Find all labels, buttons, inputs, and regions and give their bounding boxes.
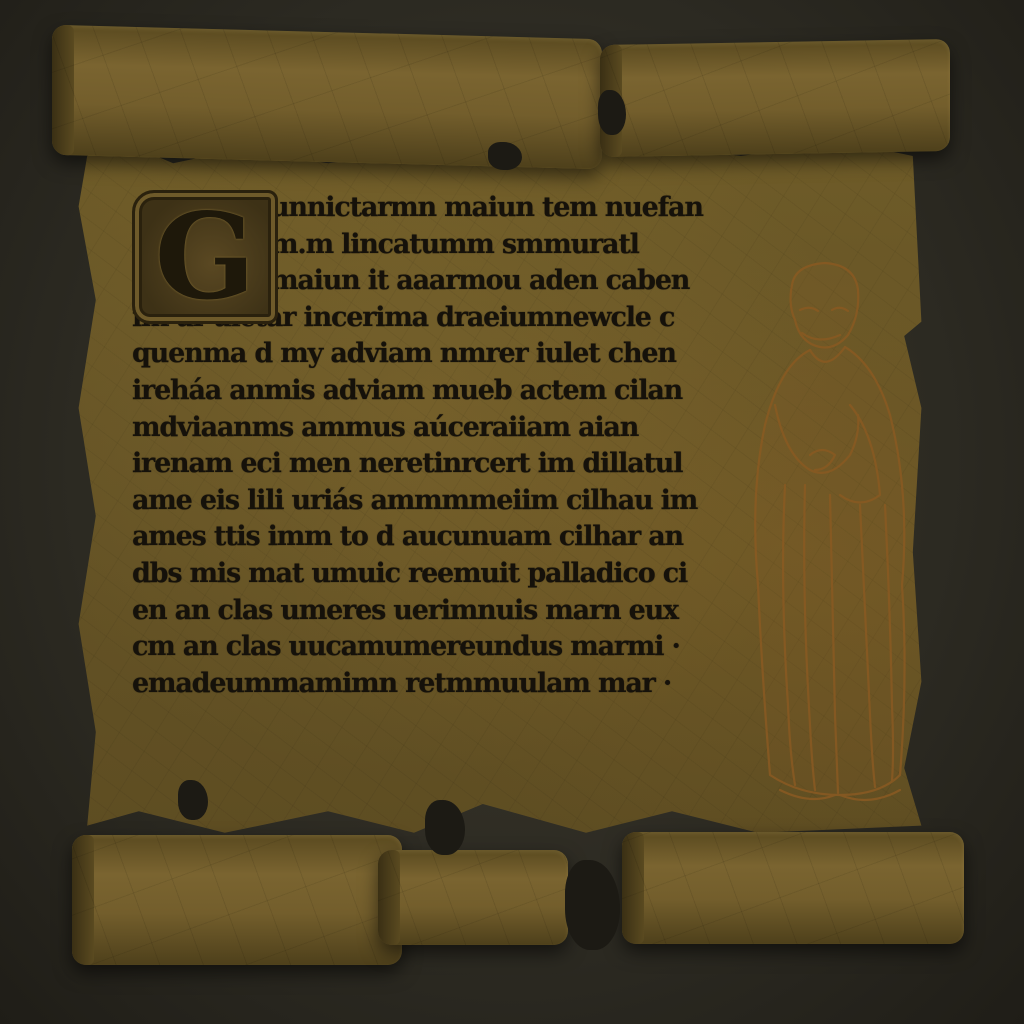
text-line: dbs mis mat umuic reemuit palladico ci	[132, 556, 742, 593]
text-line: ireháa anmis adviam mueb actem cilan	[132, 373, 742, 410]
scene: G unnictarmn maiun tem nuefan m.m lincat…	[0, 0, 1024, 1024]
text-line: quenma d my adviam nmrer iulet chen	[132, 336, 742, 373]
text-line: en an clas umeres uerimnuis marn eux	[132, 593, 742, 630]
scroll-roll-bottom-middle	[378, 850, 568, 945]
robed-figure-illustration	[740, 255, 920, 815]
scroll-roll-bottom-right	[622, 832, 964, 944]
scroll-roll-bottom-left	[72, 835, 402, 965]
scroll-roll-top-right	[600, 39, 950, 157]
text-line: emadeummamimn retmmuulam mar ·	[132, 666, 742, 703]
text-line: irenam eci men neretinrcert im dillatul	[132, 446, 742, 483]
manuscript-text: G unnictarmn maiun tem nuefan m.m lincat…	[132, 190, 742, 702]
tear-hole	[488, 142, 522, 170]
scroll-roll-top-left	[52, 25, 602, 169]
illuminated-initial: G	[132, 190, 278, 324]
tear-hole	[598, 90, 626, 135]
text-line: cm an clas uucamumereundus marmi ·	[132, 629, 742, 666]
text-line: mdviaanms ammus aúceraiiam aian	[132, 410, 742, 447]
tear-hole	[565, 860, 620, 950]
text-line: ames ttis imm to d aucunuam cilhar an	[132, 519, 742, 556]
tear-hole	[178, 780, 208, 820]
text-line: ame eis lili uriás ammmmeiim cilhau im	[132, 483, 742, 520]
